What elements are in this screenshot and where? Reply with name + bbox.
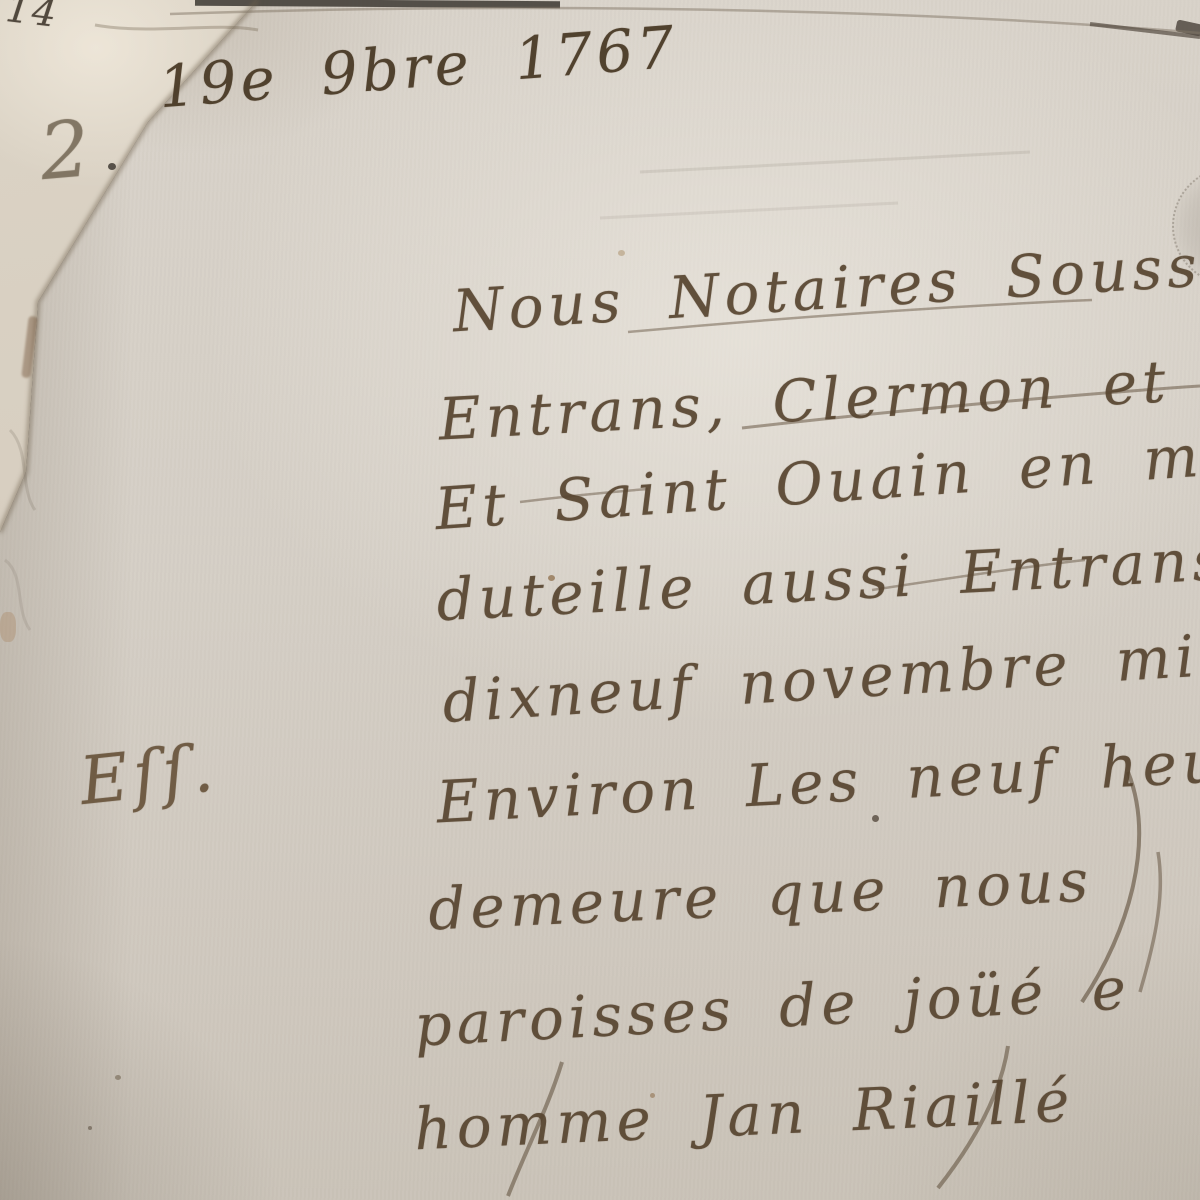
foxing-speck [115, 1075, 121, 1080]
under-page-number: 2 [37, 110, 98, 192]
corner-page-number: 14 [4, 0, 61, 33]
foxing-speck [650, 1093, 655, 1098]
foxing-speck [548, 575, 555, 581]
margin-paraph: Eſſ. [77, 735, 221, 815]
ink-dot [872, 815, 879, 822]
foxing-speck [618, 250, 625, 256]
ink-speck [108, 163, 116, 170]
manuscript-photo: 14 2 19e 9bre 1767 Nous Notaires Soussig… [0, 0, 1200, 1200]
ink-speck [88, 1126, 92, 1130]
foxing-smudge [0, 612, 16, 642]
